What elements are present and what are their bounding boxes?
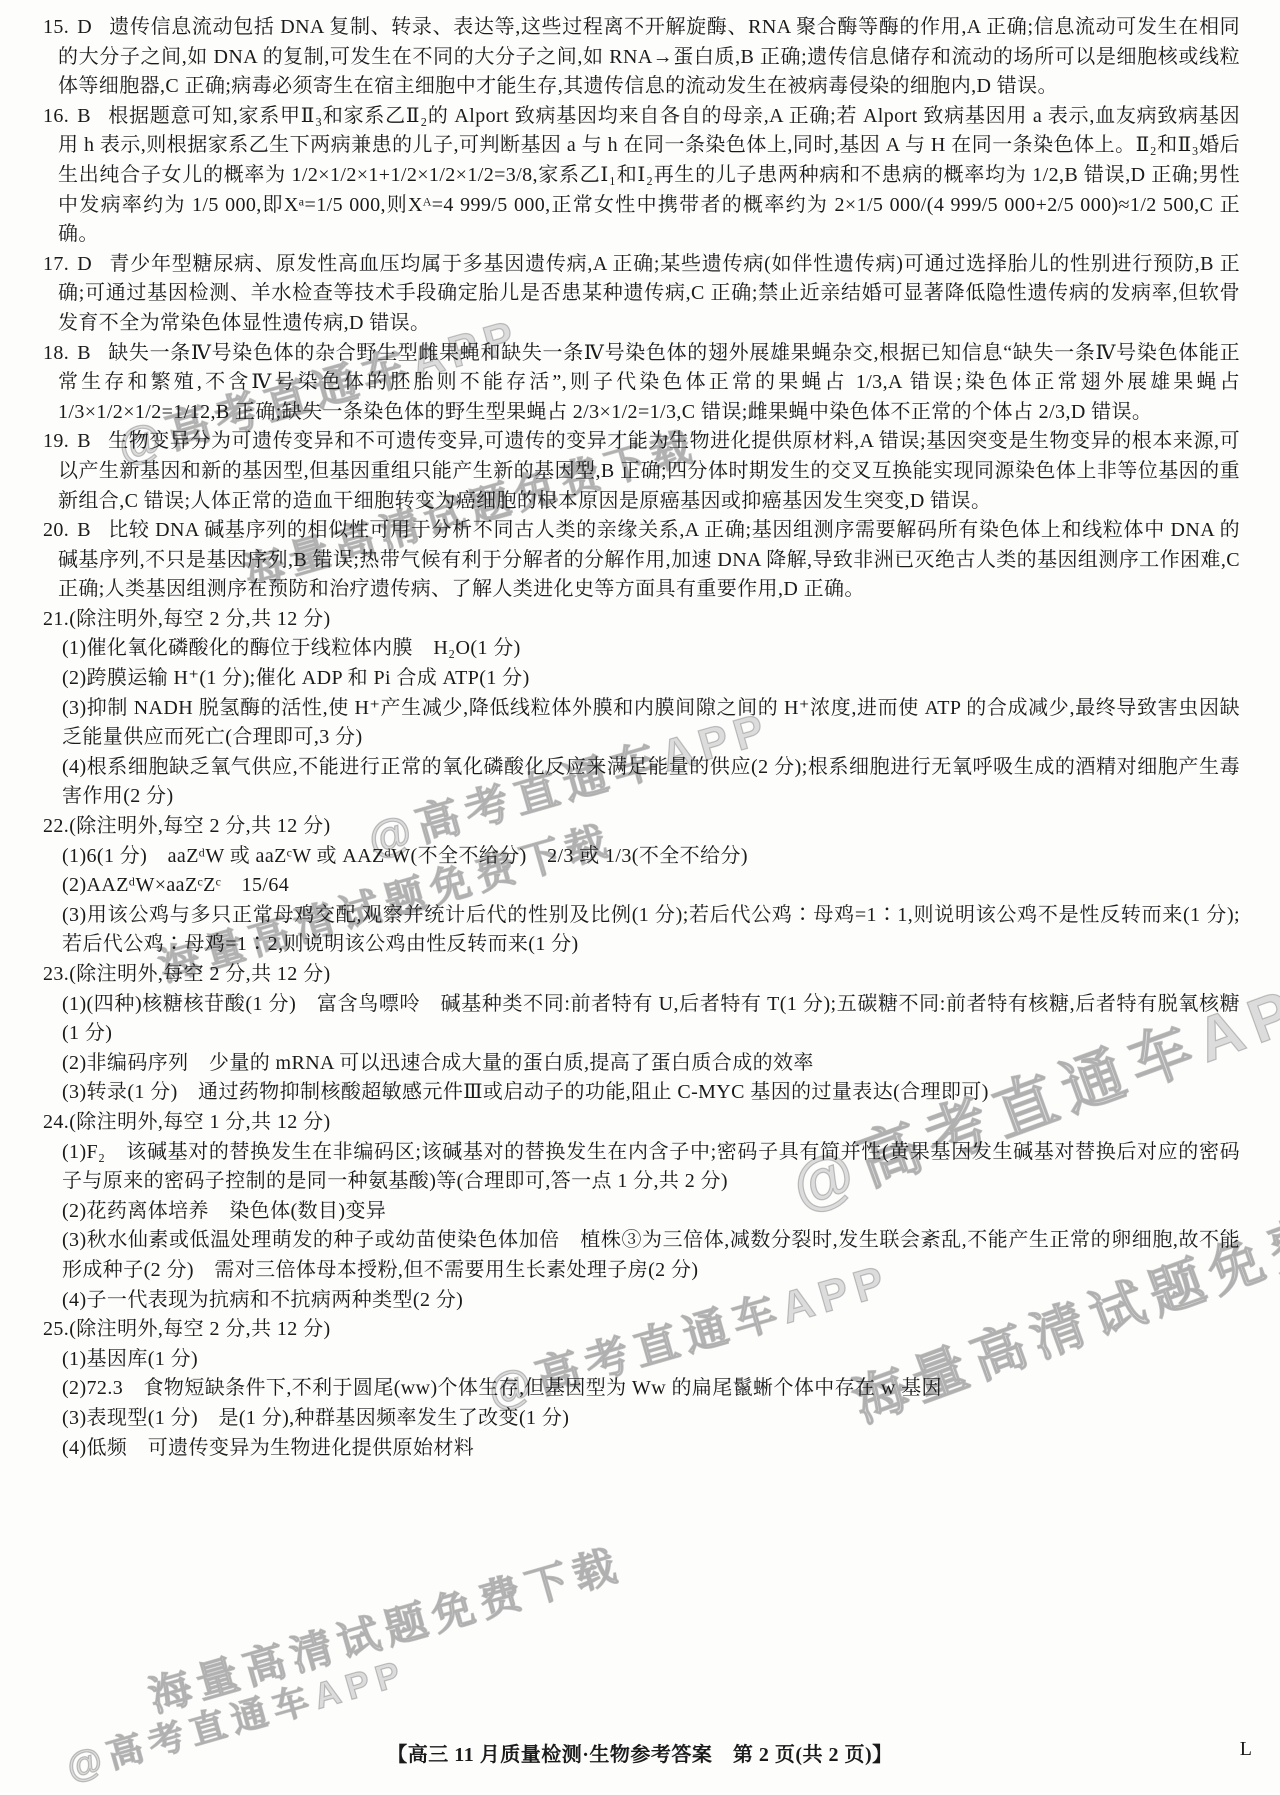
answer-item-15: 15.D遗传信息流动包括 DNA 复制、转录、表达等,这些过程离不开解旋酶、RN… (43, 13, 1240, 102)
scoring-note: (除注明外,每空 2 分,共 12 分) (69, 963, 330, 985)
item-number: 21. (43, 608, 69, 630)
sub-answer: (3)秋水仙素或低温处理萌发的种子或幼苗使染色体加倍 植株③为三倍体,减数分裂时… (62, 1226, 1240, 1285)
sub-answer: (3)转录(1 分) 通过药物抑制核酸超敏感元件Ⅲ或启动子的功能,阻止 C-MY… (62, 1078, 1240, 1108)
scoring-note: (除注明外,每空 2 分,共 12 分) (69, 1318, 330, 1340)
sub-answer: (2)AAZᵈW×aaZᶜZᶜ 15/64 (62, 871, 1240, 901)
answer-list: 15.D遗传信息流动包括 DNA 复制、转录、表达等,这些过程离不开解旋酶、RN… (43, 13, 1240, 1463)
item-heading: 22.(除注明外,每空 2 分,共 12 分) (43, 812, 1240, 842)
item-answer-letter: B (77, 519, 91, 541)
item-number: 18. (43, 342, 69, 364)
answer-item-17: 17.D青少年型糖尿病、原发性高血压均属于多基因遗传病,A 正确;某些遗传病(如… (43, 250, 1240, 339)
item-explanation: 比较 DNA 碱基序列的相似性可用于分析不同古人类的亲缘关系,A 正确;基因组测… (58, 519, 1240, 600)
answer-item-23: 23.(除注明外,每空 2 分,共 12 分) (1)(四种)核糖核苷酸(1 分… (43, 960, 1240, 1108)
sub-answer: (4)子一代表现为抗病和不抗病两种类型(2 分) (62, 1286, 1240, 1316)
item-heading: 21.(除注明外,每空 2 分,共 12 分) (43, 605, 1240, 635)
item-answer-letter: B (77, 430, 91, 452)
answer-item-21: 21.(除注明外,每空 2 分,共 12 分) (1)催化氧化磷酸化的酶位于线粒… (43, 605, 1240, 812)
sub-answer: (3)用该公鸡与多只正常母鸡交配,观察并统计后代的性别及比例(1 分);若后代公… (62, 901, 1240, 960)
item-number: 25. (43, 1318, 69, 1340)
item-number: 24. (43, 1111, 69, 1133)
item-answer-letter: B (77, 342, 91, 364)
item-explanation: 根据题意可知,家系甲Ⅱ₃和家系乙Ⅱ₂的 Alport 致病基因均来自各自的母亲,… (58, 105, 1240, 245)
item-explanation: 遗传信息流动包括 DNA 复制、转录、表达等,这些过程离不开解旋酶、RNA 聚合… (58, 16, 1240, 97)
answer-item-19: 19.B生物变异分为可遗传变异和不可遗传变异,可遗传的变异才能为生物进化提供原材… (43, 427, 1240, 516)
item-explanation: 青少年型糖尿病、原发性高血压均属于多基因遗传病,A 正确;某些遗传病(如伴性遗传… (58, 253, 1240, 334)
item-number: 19. (43, 430, 69, 452)
sub-answer: (3)抑制 NADH 脱氢酶的活性,使 H⁺产生减少,降低线粒体外膜和内膜间隙之… (62, 694, 1240, 753)
page-footer: 【高三 11 月质量检测·生物参考答案 第 2 页(共 2 页)】 (0, 1738, 1280, 1767)
item-explanation: 缺失一条Ⅳ号染色体的杂合野生型雌果蝇和缺失一条Ⅳ号染色体的翅外展雄果蝇杂交,根据… (58, 342, 1240, 423)
sub-answer: (3)表现型(1 分) 是(1 分),种群基因频率发生了改变(1 分) (62, 1404, 1240, 1434)
answer-item-18: 18.B缺失一条Ⅳ号染色体的杂合野生型雌果蝇和缺失一条Ⅳ号染色体的翅外展雄果蝇杂… (43, 339, 1240, 428)
sub-answer: (2)72.3 食物短缺条件下,不利于圆尾(ww)个体生存,但基因型为 Ww 的… (62, 1374, 1240, 1404)
item-heading: 24.(除注明外,每空 1 分,共 12 分) (43, 1108, 1240, 1138)
answer-item-20: 20.B比较 DNA 碱基序列的相似性可用于分析不同古人类的亲缘关系,A 正确;… (43, 516, 1240, 605)
footer-caption: 【高三 11 月质量检测·生物参考答案 第 2 页(共 2 页)】 (387, 1744, 892, 1766)
footer-side-mark: L (1240, 1738, 1252, 1761)
sub-answer: (2)跨膜运输 H⁺(1 分);催化 ADP 和 Pi 合成 ATP(1 分) (62, 664, 1240, 694)
answer-item-16: 16.B根据题意可知,家系甲Ⅱ₃和家系乙Ⅱ₂的 Alport 致病基因均来自各自… (43, 102, 1240, 250)
sub-answer: (1)6(1 分) aaZᵈW 或 aaZᶜW 或 AAZᵈW(不全不给分) 2… (62, 842, 1240, 872)
item-number: 16. (43, 105, 69, 127)
item-heading: 25.(除注明外,每空 2 分,共 12 分) (43, 1315, 1240, 1345)
item-answer-letter: B (77, 105, 91, 127)
sub-answer: (1)基因库(1 分) (62, 1345, 1240, 1375)
item-number: 20. (43, 519, 69, 541)
answer-sheet-page: @高考直通车APP 海量高清试题免费下载 @高考直通车APP 海量高清试题免费下… (0, 0, 1280, 1795)
item-heading: 23.(除注明外,每空 2 分,共 12 分) (43, 960, 1240, 990)
sub-answer: (1)F₂ 该碱基对的替换发生在非编码区;该碱基对的替换发生在内含子中;密码子具… (62, 1138, 1240, 1197)
item-number: 17. (43, 253, 69, 275)
sub-answer: (1)(四种)核糖核苷酸(1 分) 富含鸟嘌呤 碱基种类不同:前者特有 U,后者… (62, 990, 1240, 1049)
answer-item-24: 24.(除注明外,每空 1 分,共 12 分) (1)F₂ 该碱基对的替换发生在… (43, 1108, 1240, 1315)
sub-answer: (4)根系细胞缺乏氧气供应,不能进行正常的氧化磷酸化反应来满足能量的供应(2 分… (62, 753, 1240, 812)
item-number: 23. (43, 963, 69, 985)
item-number: 22. (43, 815, 69, 837)
sub-answer: (2)花药离体培养 染色体(数目)变异 (62, 1197, 1240, 1227)
item-answer-letter: D (77, 253, 92, 275)
scoring-note: (除注明外,每空 1 分,共 12 分) (69, 1111, 330, 1133)
sub-answer: (1)催化氧化磷酸化的酶位于线粒体内膜 H₂O(1 分) (62, 634, 1240, 664)
scoring-note: (除注明外,每空 2 分,共 12 分) (69, 815, 330, 837)
answer-item-22: 22.(除注明外,每空 2 分,共 12 分) (1)6(1 分) aaZᵈW … (43, 812, 1240, 960)
item-answer-letter: D (77, 16, 92, 38)
sub-answer: (2)非编码序列 少量的 mRNA 可以迅速合成大量的蛋白质,提高了蛋白质合成的… (62, 1049, 1240, 1079)
item-explanation: 生物变异分为可遗传变异和不可遗传变异,可遗传的变异才能为生物进化提供原材料,A … (58, 430, 1240, 511)
watermark-promo: 海量高清试题免费下载 (141, 1532, 629, 1725)
sub-answer: (4)低频 可遗传变异为生物进化提供原始材料 (62, 1434, 1240, 1464)
scoring-note: (除注明外,每空 2 分,共 12 分) (69, 608, 330, 630)
answer-item-25: 25.(除注明外,每空 2 分,共 12 分) (1)基因库(1 分) (2)7… (43, 1315, 1240, 1463)
watermark-brand: @高考直通车APP (60, 1644, 413, 1790)
item-number: 15. (43, 16, 69, 38)
